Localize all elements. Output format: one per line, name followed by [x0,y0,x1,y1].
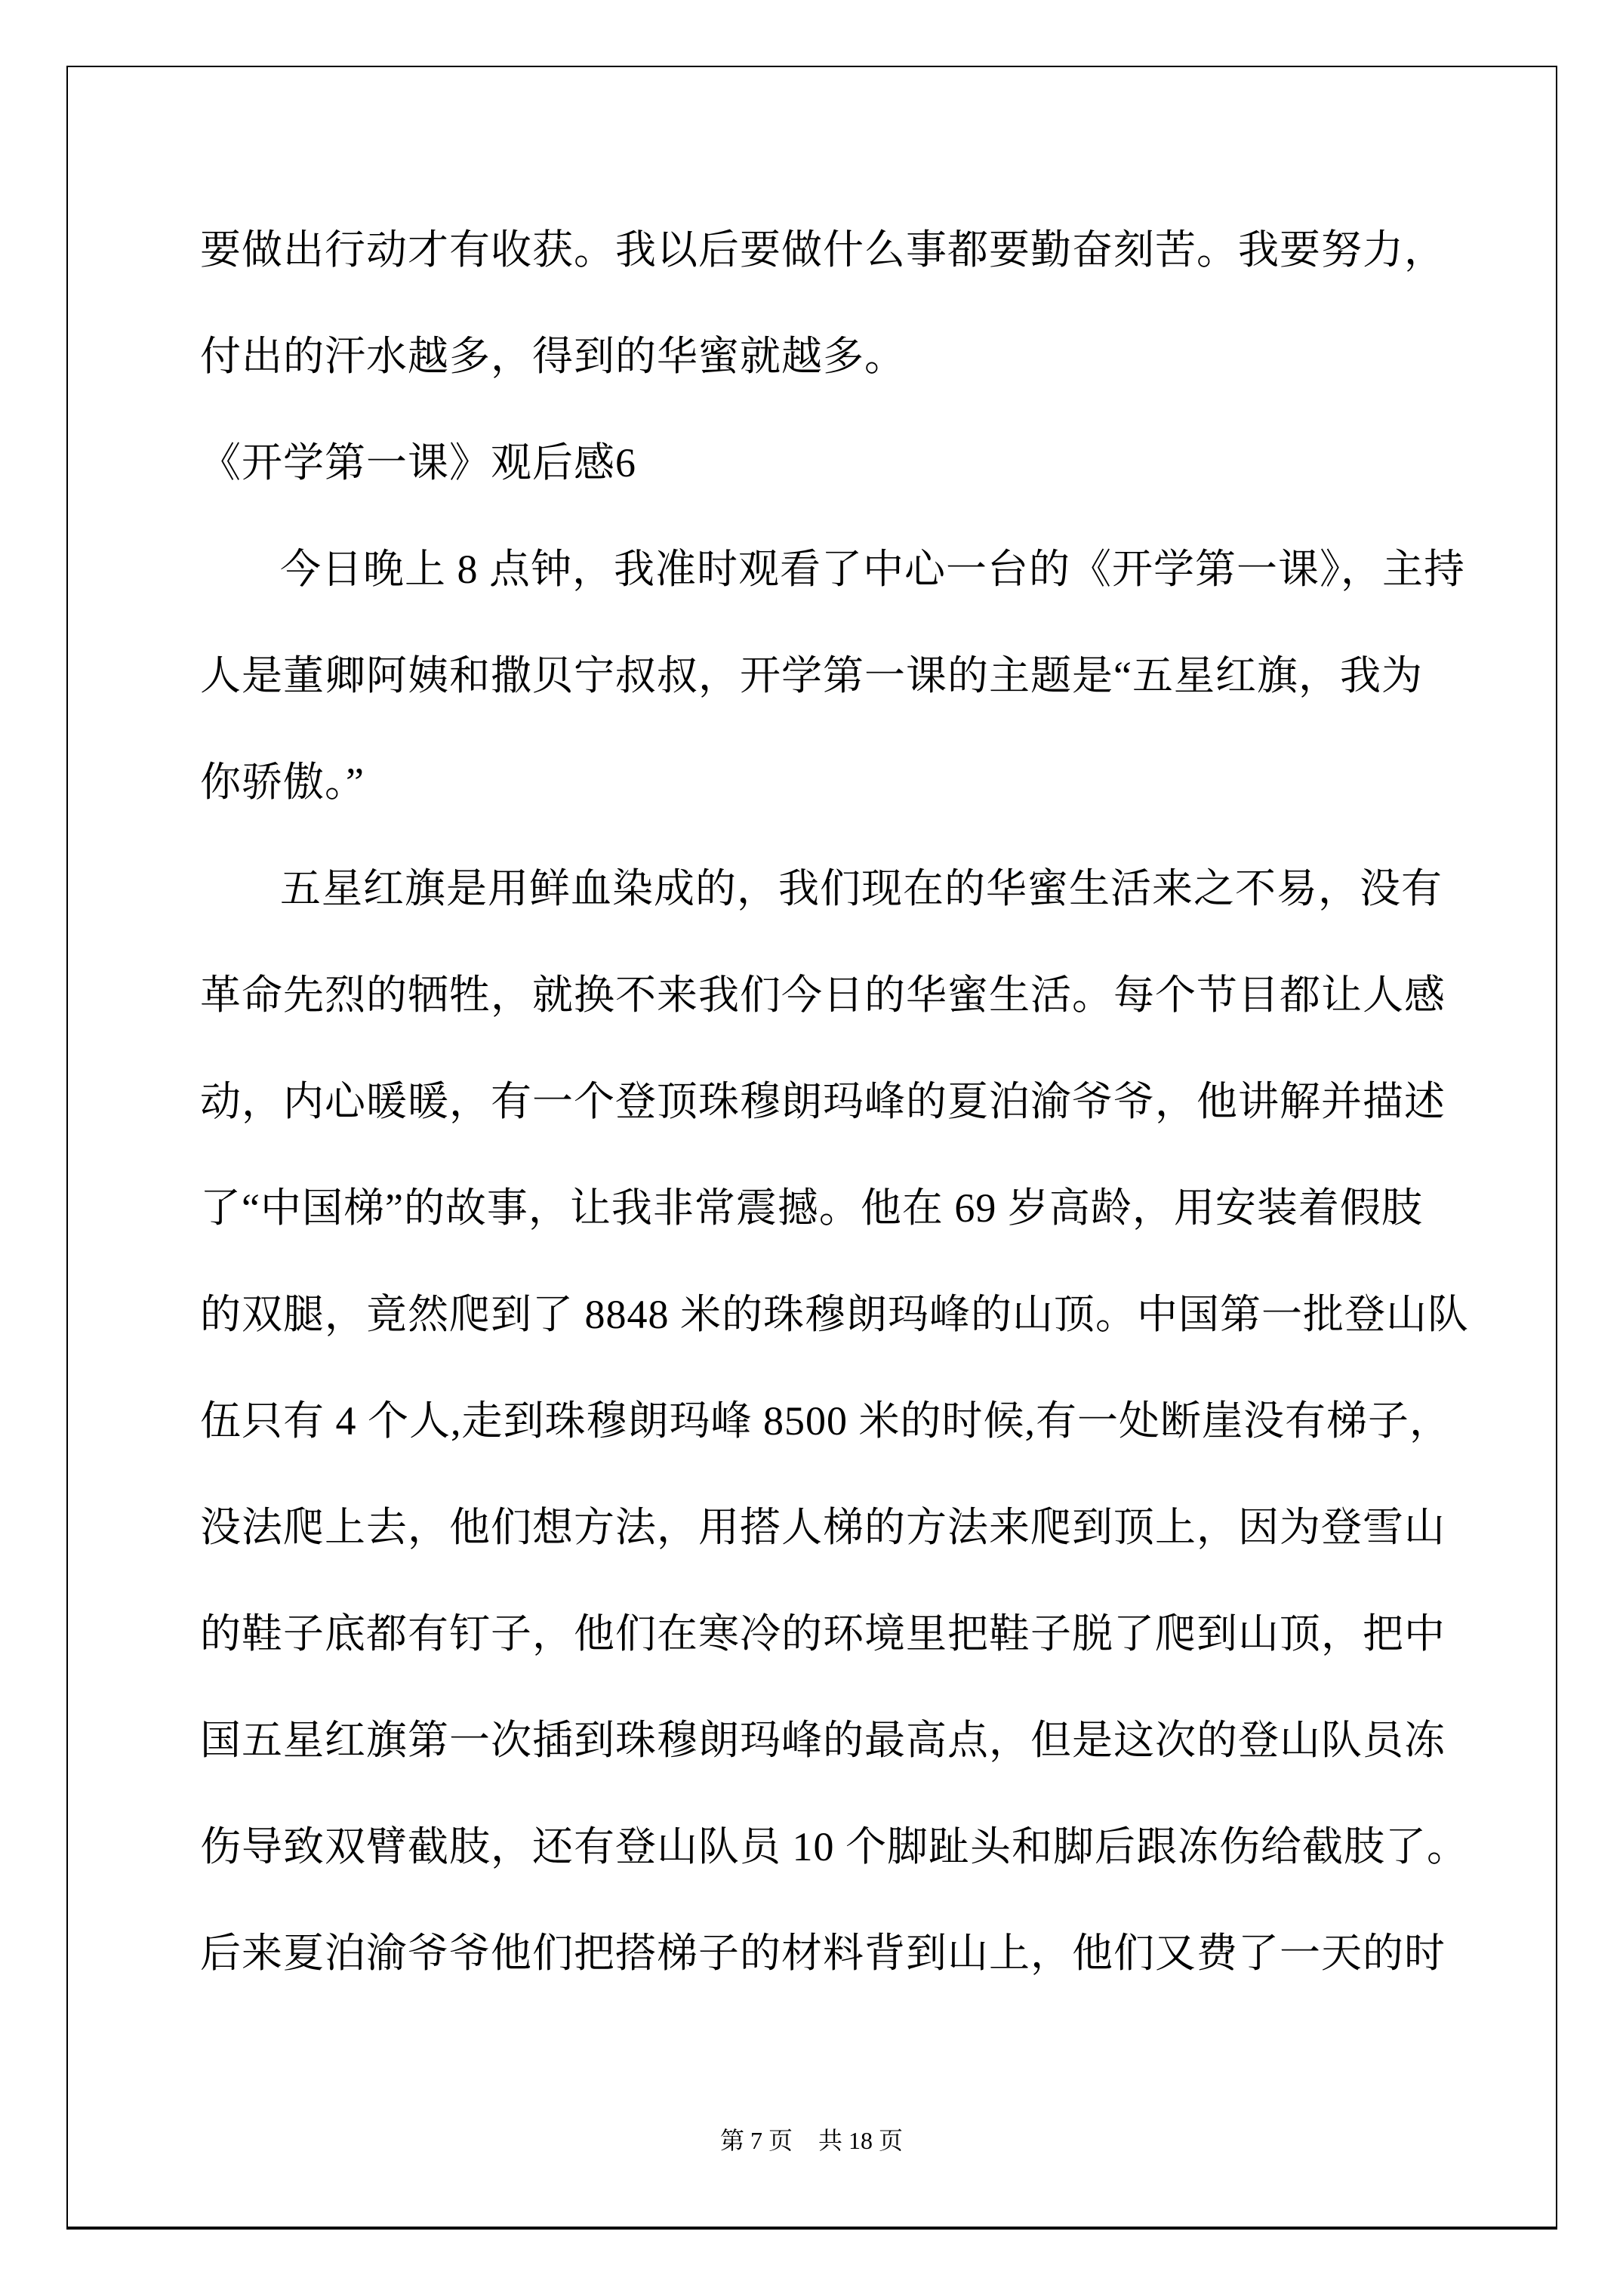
text-line: 后来夏泊渝爷爷他们把搭梯子的材料背到山上，他们又费了一天的时 [200,1900,1453,2007]
text-line: 了“中国梯”的故事，让我非常震撼。他在 69 岁高龄，用安装着假肢 [200,1155,1453,1262]
page-footer: 第 7 页共 18 页 [0,2128,1623,2153]
text-line: 伤导致双臂截肢，还有登山队员 10 个脚趾头和脚后跟冻伤给截肢了。 [200,1794,1453,1900]
text-line: 今日晚上 8 点钟，我准时观看了中心一台的《开学第一课》，主持 [200,516,1453,623]
text-line: 要做出行动才有收获。我以后要做什么事都要勤奋刻苦。我要努力， [200,197,1453,304]
text-line: 人是董卿阿姨和撒贝宁叔叔，开学第一课的主题是“五星红旗，我为 [200,623,1453,729]
text-line: 五星红旗是用鲜血染成的，我们现在的华蜜生活来之不易，没有 [200,836,1453,942]
document-page: 要做出行动才有收获。我以后要做什么事都要勤奋刻苦。我要努力，付出的汗水越多，得到… [0,0,1623,2296]
text-line: 的鞋子底都有钉子，他们在寒冷的环境里把鞋子脱了爬到山顶，把中 [200,1581,1453,1687]
text-line: 你骄傲。” [200,729,1453,836]
text-line: 付出的汗水越多，得到的华蜜就越多。 [200,304,1453,410]
footer-total-pages-label: 共 18 页 [818,2127,903,2154]
footer-current-page-label: 第 7 页 [720,2127,793,2154]
text-line: 没法爬上去，他们想方法，用搭人梯的方法来爬到顶上，因为登雪山 [200,1475,1453,1581]
text-line: 《开学第一课》观后感6 [200,410,1453,516]
text-line: 伍只有 4 个人,走到珠穆朗玛峰 8500 米的时候,有一处断崖没有梯子， [200,1368,1453,1475]
document-lines: 要做出行动才有收获。我以后要做什么事都要勤奋刻苦。我要努力，付出的汗水越多，得到… [200,197,1453,2007]
text-line: 动，内心暖暖，有一个登顶珠穆朗玛峰的夏泊渝爷爷，他讲解并描述 [200,1049,1453,1155]
text-line: 国五星红旗第一次插到珠穆朗玛峰的最高点，但是这次的登山队员冻 [200,1687,1453,1794]
text-line: 革命先烈的牺牲，就换不来我们今日的华蜜生活。每个节目都让人感 [200,942,1453,1049]
text-line: 的双腿，竟然爬到了 8848 米的珠穆朗玛峰的山顶。中国第一批登山队 [200,1262,1453,1368]
